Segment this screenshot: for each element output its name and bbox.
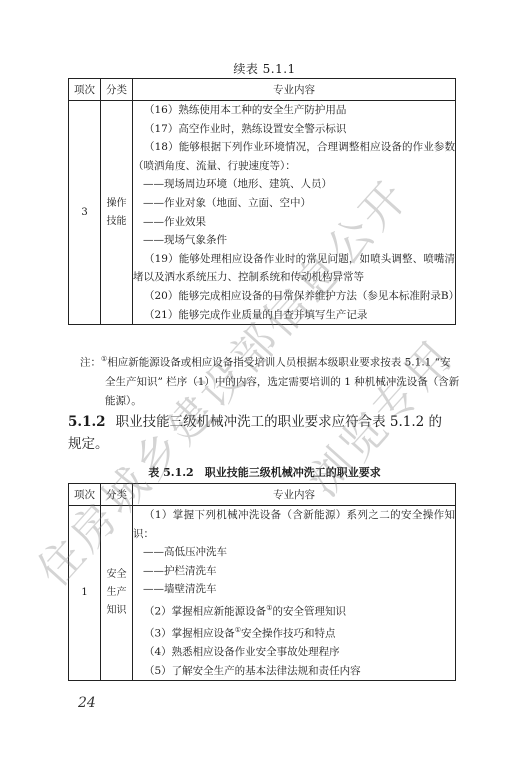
item-text: 的安全管理知识 (272, 605, 346, 617)
content-item: （5）了解安全生产的基本法律法规和责任内容 (133, 662, 455, 681)
clause-text: 规定。 (68, 433, 460, 455)
content-item: （17）高空作业时，熟练设置安全警示标识 (133, 120, 455, 139)
header-item-number: 项次 (69, 484, 101, 506)
item-text: 安全操作技巧和特点 (241, 628, 336, 640)
item-text: （3）掌握相应设备 (144, 628, 235, 640)
content-subitem: ——墙壁清洗车 (133, 580, 455, 599)
table-5-1-2: 项次 分类 专业内容 1 安全 生产 知识 （1）掌握下列机械冲洗设备（含新能源… (68, 483, 456, 681)
clause-5-1-2: 5.1.2职业技能三级机械冲洗工的职业要求应符合表 5.1.2 的 规定。 (68, 411, 460, 455)
clause-text: 职业技能三级机械冲洗工的职业要求应符合表 5.1.2 的 (116, 414, 442, 430)
clause-number: 5.1.2 (68, 414, 106, 430)
table-2-caption: 表 5.1.2 职业技能三级机械冲洗工的职业要求 (0, 464, 529, 480)
category-line: 技能 (101, 213, 132, 231)
header-category: 分类 (101, 484, 133, 506)
note-line: 能源）。 (80, 392, 460, 411)
table-1-caption: 续表 5.1.1 (0, 60, 529, 77)
content-subitem: ——作业对象（地面、立面、空中） (133, 194, 455, 213)
content-item: （18）能够根据下列作业环境情况，合理调整相应设备的作业参数（喷洒角度、流量、行… (133, 138, 455, 175)
row-category: 操作 技能 (101, 101, 133, 325)
content-item: （16）熟练使用本工种的安全生产防护用品 (133, 101, 455, 120)
content-item: （21）能够完成作业质量的自查并填写生产记录 (133, 306, 455, 325)
content-item: （2）掌握相应新能源设备①的安全管理知识 (133, 599, 455, 621)
item-text: （2）掌握相应新能源设备 (144, 605, 266, 617)
table-row: 1 安全 生产 知识 （1）掌握下列机械冲洗设备（含新能源）系列之二的安全操作知… (69, 506, 456, 681)
header-item-number: 项次 (69, 79, 101, 101)
row-number: 3 (69, 101, 101, 325)
category-line: 知识 (101, 602, 132, 620)
row-number: 1 (69, 506, 101, 681)
note-line: 相应新能源设备或相应设备指受培训人员根据本级职业要求按表 5.1.1 “安 (107, 357, 450, 369)
row-content: （1）掌握下列机械冲洗设备（含新能源）系列之二的安全操作知识： ——高低压冲洗车… (133, 506, 456, 681)
content-item: （4）熟悉相应设备作业安全事故处理程序 (133, 643, 455, 662)
category-line: 操作 (101, 195, 132, 213)
header-category: 分类 (101, 79, 133, 101)
category-line: 生产 (101, 584, 132, 602)
header-content: 专业内容 (133, 79, 456, 101)
row-category: 安全 生产 知识 (101, 506, 133, 681)
table-5-1-1-continued: 项次 分类 专业内容 3 操作 技能 （16）熟练使用本工种的安全生产防护用品 … (68, 78, 456, 325)
content-subitem: ——现场周边环境（地形、建筑、人员） (133, 175, 455, 194)
note-line: 全生产知识” 栏序（1）中的内容，选定需要培训的 1 种机械冲洗设备（含新 (80, 373, 460, 392)
table-note: 注：①相应新能源设备或相应设备指受培训人员根据本级职业要求按表 5.1.1 “安… (80, 350, 460, 411)
content-subitem: ——高低压冲洗车 (133, 543, 455, 562)
content-subitem: ——护栏清洗车 (133, 562, 455, 581)
note-prefix: 注： (80, 357, 101, 369)
content-item: （1）掌握下列机械冲洗设备（含新能源）系列之二的安全操作知识： (133, 506, 455, 543)
category-line: 安全 (101, 566, 132, 584)
content-item: （3）掌握相应设备①安全操作技巧和特点 (133, 621, 455, 643)
page-number: 24 (78, 695, 96, 711)
table-row: 3 操作 技能 （16）熟练使用本工种的安全生产防护用品 （17）高空作业时，熟… (69, 101, 456, 325)
content-item: （19）能够处理相应设备作业时的常见问题，如喷头调整、喷嘴清堵以及洒水系统压力、… (133, 250, 455, 287)
row-content: （16）熟练使用本工种的安全生产防护用品 （17）高空作业时，熟练设置安全警示标… (133, 101, 456, 325)
content-subitem: ——现场气象条件 (133, 231, 455, 250)
content-subitem: ——作业效果 (133, 213, 455, 232)
header-content: 专业内容 (133, 484, 456, 506)
content-item: （20）能够完成相应设备的日常保养维护方法（参见本标准附录B） (133, 287, 455, 306)
